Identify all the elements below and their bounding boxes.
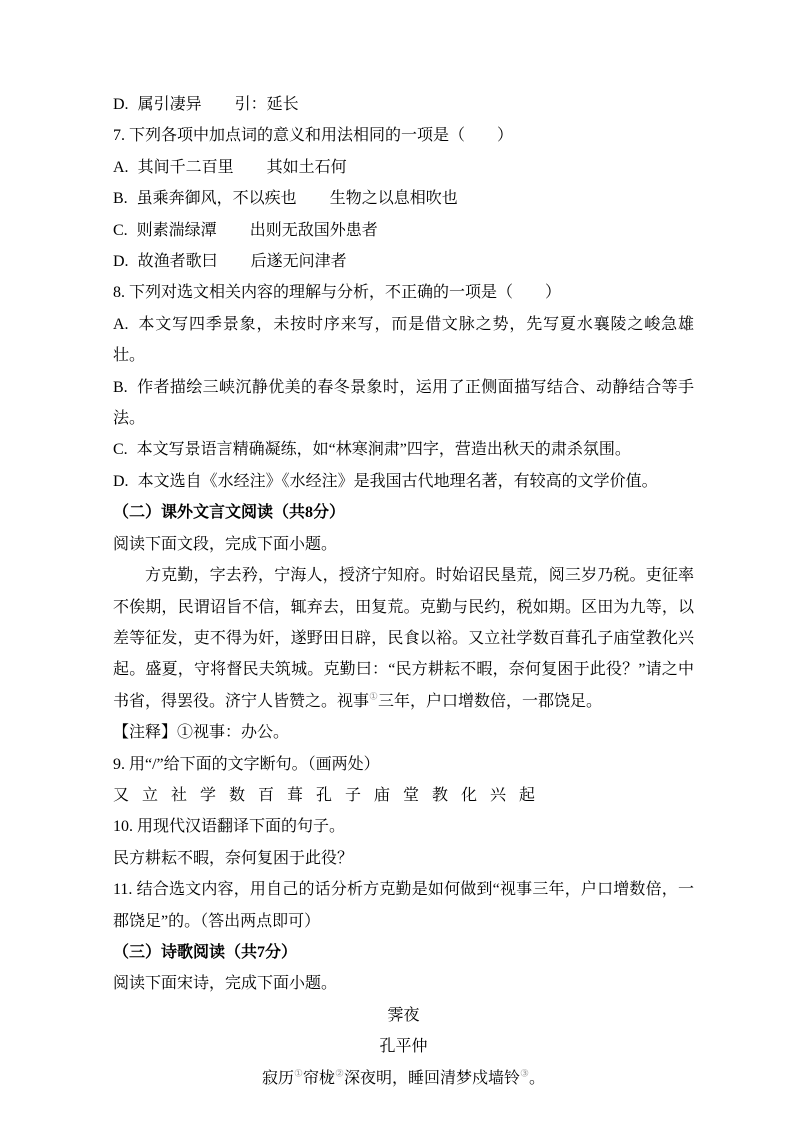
q7-option-b: B.虽乘奔御风，不以疾也生物之以息相吹也 xyxy=(113,183,694,214)
poem-line-1: 寂历①帘栊②深夜明，睡回清梦戍墙铃③。 xyxy=(113,1063,694,1094)
q7-option-c-left: 则素湍绿潭 xyxy=(137,222,217,239)
q6-option-d-left: 属引凄异 xyxy=(138,96,202,113)
poem-line-1-seg1: 寂历 xyxy=(262,1070,294,1087)
q7-option-b-right: 生物之以息相吹也 xyxy=(330,190,458,207)
q7-option-c-right: 出则无敌国外患者 xyxy=(250,222,378,239)
question-8-stem: 8. 下列对选文相关内容的理解与分析，不正确的一项是（ ） xyxy=(113,277,694,308)
question-10-stem: 10. 用现代汉语翻译下面的句子。 xyxy=(113,811,694,842)
poem-footnote-marker-3: ③ xyxy=(520,1068,529,1079)
passage-part1: 方克勤，字去矜，宁海人，授济宁知府。时始诏民垦荒，阅三岁乃税。吏征率不俟期，民谓… xyxy=(113,567,694,710)
question-9-stem: 9. 用“/”给下面的文字断句。（画两处） xyxy=(113,749,694,780)
q8-option-c-text: 本文写景语言精确凝练，如“林寒涧肃”四字，营造出秋天的肃杀氛围。 xyxy=(137,441,631,458)
footnote-marker-1: ① xyxy=(369,691,378,702)
q7-option-a-left: 其间千二百里 xyxy=(138,159,234,176)
q7-option-d: D.故渔者歌曰后遂无问津者 xyxy=(113,246,694,277)
q6-option-d: D.属引凄异引：延长 xyxy=(113,89,694,120)
q7-option-a-right: 其如土石何 xyxy=(267,159,347,176)
q7-option-d-right: 后遂无问津者 xyxy=(251,253,347,270)
q8-option-a-label: A. xyxy=(113,316,129,333)
q8-option-b: B.作者描绘三峡沉静优美的春冬景象时，运用了正侧面描写结合、动静结合等手法。 xyxy=(113,372,694,435)
q7-option-a: A.其间千二百里其如土石何 xyxy=(113,152,694,183)
poem-footnote-marker-2: ② xyxy=(335,1068,344,1079)
q7-option-d-label: D. xyxy=(113,253,129,270)
section-3-heading: （三）诗歌阅读（共7分） xyxy=(113,937,694,968)
q9-sentence: 又立社学数百葺孔子庙堂教化兴起 xyxy=(113,780,694,811)
q8-option-d: D.本文选自《水经注》《水经注》是我国古代地理名著，有较高的文学价值。 xyxy=(113,466,694,497)
q6-option-d-label: D. xyxy=(113,96,129,113)
question-11: 11. 结合选文内容，用自己的话分析方克勤是如何做到“视事三年，户口增数倍，一郡… xyxy=(113,874,694,937)
poem-line-1-seg2: 帘栊 xyxy=(303,1070,335,1087)
q10-sentence: 民方耕耘不暇，奈何复困于此役？ xyxy=(113,843,694,874)
q6-option-d-right: 引：延长 xyxy=(235,96,299,113)
q8-option-c-label: C. xyxy=(113,441,128,458)
q8-option-b-text: 作者描绘三峡沉静优美的春冬景象时，运用了正侧面描写结合、动静结合等手法。 xyxy=(113,379,694,427)
q8-option-d-text: 本文选自《水经注》《水经注》是我国古代地理名著，有较高的文学价值。 xyxy=(138,473,658,490)
passage-note: 【注释】①视事：办公。 xyxy=(113,717,694,748)
q7-option-b-label: B. xyxy=(113,190,128,207)
q7-option-b-left: 虽乘奔御风，不以疾也 xyxy=(137,190,297,207)
poem-line-1-seg4: 。 xyxy=(529,1070,545,1087)
poem-author: 孔平仲 xyxy=(113,1031,694,1062)
q7-option-d-left: 故渔者歌曰 xyxy=(138,253,218,270)
section-2-heading: （二）课外文言文阅读（共8分） xyxy=(113,497,694,528)
q7-option-a-label: A. xyxy=(113,159,129,176)
q8-option-a: A.本文写四季景象，未按时序来写，而是借文脉之势，先写夏水襄陵之峻急雄壮。 xyxy=(113,309,694,372)
exam-document-page: D.属引凄异引：延长 7. 下列各项中加点词的意义和用法相同的一项是（ ） A.… xyxy=(0,0,794,1123)
poem-title: 霁夜 xyxy=(113,1000,694,1031)
q7-option-c: C.则素湍绿潭出则无敌国外患者 xyxy=(113,215,694,246)
classical-passage: 方克勤，字去矜，宁海人，授济宁知府。时始诏民垦荒，阅三岁乃税。吏征率不俟期，民谓… xyxy=(113,560,694,717)
passage-part2: 三年，户口增数倍，一郡饶足。 xyxy=(378,693,602,710)
q7-option-c-label: C. xyxy=(113,222,128,239)
q8-option-c: C.本文写景语言精确凝练，如“林寒涧肃”四字，营造出秋天的肃杀氛围。 xyxy=(113,434,694,465)
poem-footnote-marker-1: ① xyxy=(294,1068,303,1079)
section-3-intro: 阅读下面宋诗，完成下面小题。 xyxy=(113,968,694,999)
q8-option-b-label: B. xyxy=(113,379,128,396)
section-2-intro: 阅读下面文段，完成下面小题。 xyxy=(113,529,694,560)
question-7-stem: 7. 下列各项中加点词的意义和用法相同的一项是（ ） xyxy=(113,120,694,151)
q8-option-a-text: 本文写四季景象，未按时序来写，而是借文脉之势，先写夏水襄陵之峻急雄壮。 xyxy=(113,316,694,364)
q8-option-d-label: D. xyxy=(113,473,129,490)
poem-line-1-seg3: 深夜明，睡回清梦戍墙铃 xyxy=(344,1070,520,1087)
